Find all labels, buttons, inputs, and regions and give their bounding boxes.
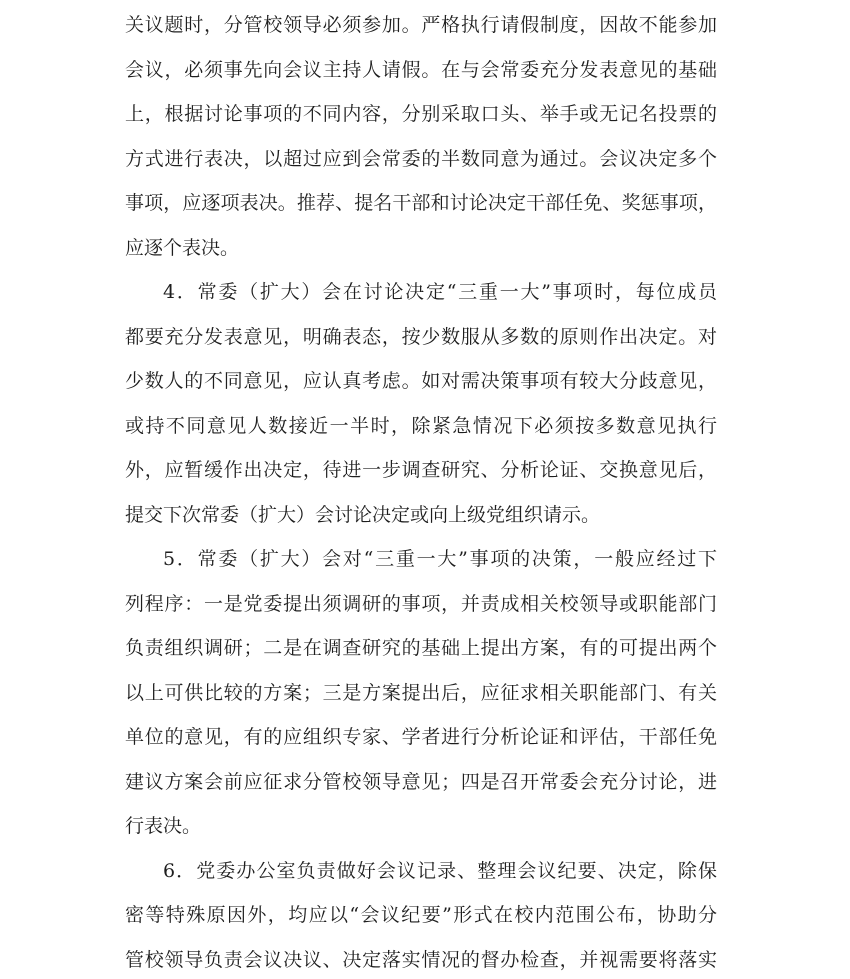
document-text-line: 负责组织调研；二是在调查研究的基础上提出方案，有的可提出两个 [125,626,717,671]
document-text-line: 单位的意见，有的应组织专家、学者进行分析论证和评估，干部任免 [125,715,717,760]
document-text-line: 4．常委（扩大）会在讨论决定“三重一大”事项时，每位成员 [125,270,717,315]
document-text-line: 列程序：一是党委提出须调研的事项，并责成相关校领导或职能部门 [125,582,717,627]
document-page: 关议题时，分管校领导必须参加。严格执行请假制度，因故不能参加会议，必须事先向会议… [0,0,850,979]
document-text-line: 外，应暂缓作出决定，待进一步调查研究、分析论证、交换意见后， [125,448,717,493]
document-text-line: 以上可供比较的方案；三是方案提出后，应征求相关职能部门、有关 [125,671,717,716]
document-text-line: 都要充分发表意见，明确表态，按少数服从多数的原则作出决定。对 [125,315,717,360]
document-text-line: 少数人的不同意见，应认真考虑。如对需决策事项有较大分歧意见， [125,359,717,404]
document-text-line: 5．常委（扩大）会对“三重一大”事项的决策，一般应经过下 [125,537,717,582]
document-text-line: 上，根据讨论事项的不同内容，分别采取口头、举手或无记名投票的 [125,92,717,137]
document-text-line: 会议，必须事先向会议主持人请假。在与会常委充分发表意见的基础 [125,48,717,93]
document-text-line: 管校领导负责会议决议、决定落实情况的督办检查，并视需要将落实 [125,938,717,979]
document-text-line: 关议题时，分管校领导必须参加。严格执行请假制度，因故不能参加 [125,3,717,48]
document-text-line: 事项，应逐项表决。推荐、提名干部和讨论决定干部任免、奖惩事项， [125,181,717,226]
document-text-line: 密等特殊原因外，均应以“会议纪要”形式在校内范围公布，协助分 [125,893,717,938]
document-text-line: 应逐个表决。 [125,226,717,271]
document-text-line: 提交下次常委（扩大）会讨论决定或向上级党组织请示。 [125,493,717,538]
document-text-line: 或持不同意见人数接近一半时，除紧急情况下必须按多数意见执行 [125,404,717,449]
document-text-block: 关议题时，分管校领导必须参加。严格执行请假制度，因故不能参加会议，必须事先向会议… [125,3,717,979]
document-text-line: 行表决。 [125,804,717,849]
document-text-line: 6．党委办公室负责做好会议记录、整理会议纪要、决定，除保 [125,849,717,894]
document-text-line: 建议方案会前应征求分管校领导意见；四是召开常委会充分讨论，进 [125,760,717,805]
document-text-line: 方式进行表决，以超过应到会常委的半数同意为通过。会议决定多个 [125,137,717,182]
